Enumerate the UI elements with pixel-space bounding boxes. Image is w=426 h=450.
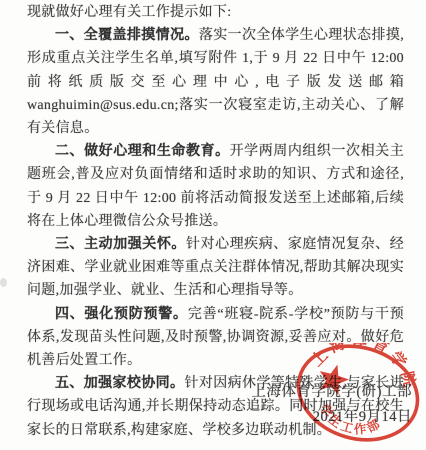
signature-block: 上海体育学院学(研)工部 2021年9月14日	[251, 380, 412, 430]
paragraph-2-lead: 二、做好心理和生命教育。	[55, 144, 230, 159]
intro-line: 现就做好心理有关工作提示如下:	[27, 1, 404, 24]
paragraph-1: 一、全覆盖排摸情况。落实一次全体学生心理状态排摸,形成重点关注学生名单,填写附件…	[27, 24, 404, 140]
date-line: 2021年9月14日	[251, 405, 412, 430]
paragraph-5-lead: 五、加强家校协同。	[55, 376, 184, 391]
signature-line: 上海体育学院学(研)工部	[251, 380, 412, 405]
paragraph-1-lead: 一、全覆盖排摸情况。	[55, 28, 199, 43]
document-body: 现就做好心理有关工作提示如下: 一、全覆盖排摸情况。落实一次全体学生心理状态排摸…	[27, 1, 404, 442]
scan-smudge-artifact	[0, 278, 7, 287]
paragraph-1-text: 落实一次全体学生心理状态排摸,形成重点关注学生名单,填写附件 1,于 9 月 2…	[27, 28, 404, 136]
scanned-document-page: 现就做好心理有关工作提示如下: 一、全覆盖排摸情况。落实一次全体学生心理状态排摸…	[0, 0, 426, 450]
paragraph-3-lead: 三、主动加强关怀。	[55, 237, 186, 252]
paragraph-2: 二、做好心理和生命教育。开学两周内组织一次相关主题班会,普及应对负面情绪和适时求…	[27, 140, 404, 233]
paragraph-4-lead: 四、强化预防预警。	[55, 307, 188, 322]
paragraph-4: 四、强化预防预警。完善“班寝-院系-学校”预防与干预体系,发现苗头性问题,及时预…	[27, 303, 404, 373]
paragraph-3: 三、主动加强关怀。针对心理疾病、家庭情况复杂、经济困难、学业就业困难等重点关注群…	[27, 233, 404, 303]
